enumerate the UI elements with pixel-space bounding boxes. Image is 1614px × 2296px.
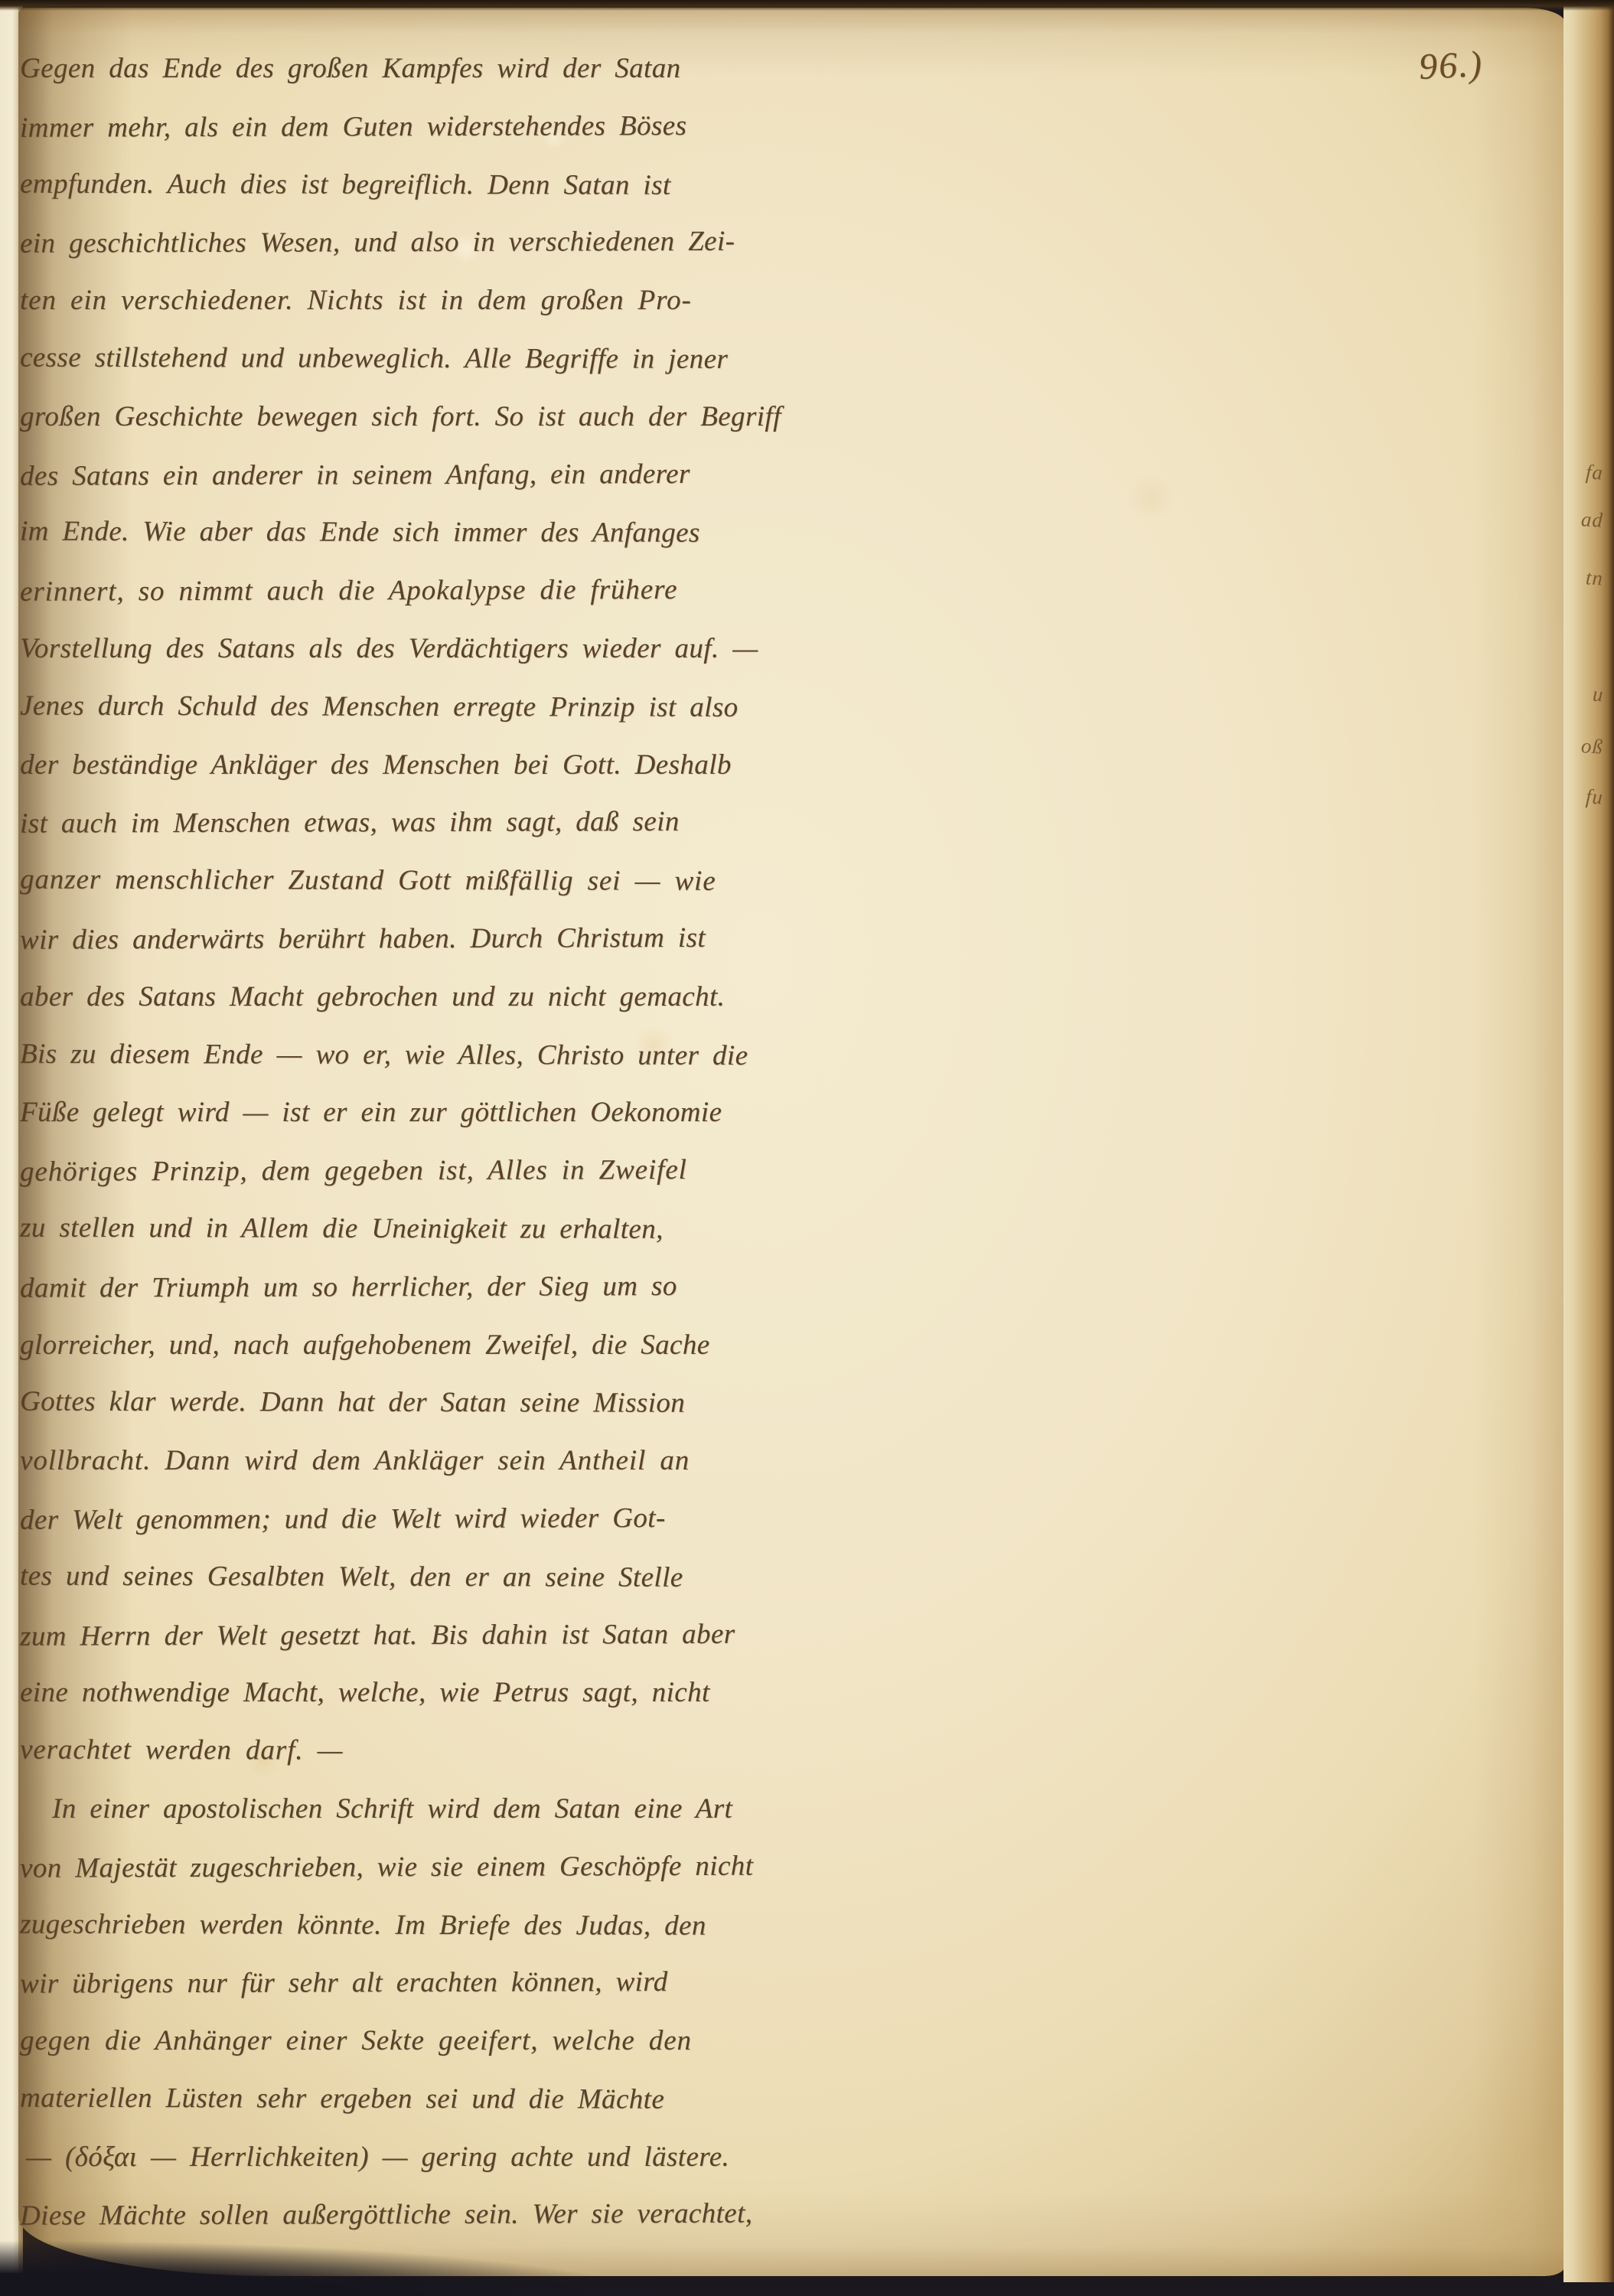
handwritten-line: der beständige Ankläger des Menschen bei… xyxy=(20,736,862,794)
book-bottom-edge-shadow xyxy=(0,2212,673,2296)
handwritten-line: Bis zu diesem Ende — wo er, wie Alles, C… xyxy=(20,1025,862,1084)
handwritten-line: erinnert, so nimmt auch die Apokalypse d… xyxy=(20,560,862,621)
handwritten-line: — (δόξαι — Herrlichkeiten) — gering acht… xyxy=(20,2128,862,2187)
page-stack-edge-right: faadtnuoßfu xyxy=(1563,3,1614,2282)
handwritten-line: zu stellen und in Allem die Uneinigkeit … xyxy=(20,1199,862,1259)
handwritten-line: Vorstellung des Satans als des Verdächti… xyxy=(20,620,862,678)
manuscript-photo: Gegen das Ende des großen Kampfes wird d… xyxy=(0,0,1614,2296)
handwritten-line: ten ein verschiedener. Nichts ist in dem… xyxy=(20,272,862,330)
bleed-through-text-fragment: ad xyxy=(1580,507,1604,532)
handwritten-line: eine nothwendige Macht, welche, wie Petr… xyxy=(20,1664,862,1722)
bleed-through-text-fragment: oß xyxy=(1580,734,1604,758)
handwritten-line: ein geschichtliches Wesen, und also in v… xyxy=(20,213,862,273)
handwritten-line: tes und seines Gesalbten Welt, den er an… xyxy=(20,1547,862,1606)
handwritten-line: Gottes klar werde. Dann hat der Satan se… xyxy=(20,1373,862,1433)
handwritten-line: zum Herrn der Welt gesetzt hat. Bis dahi… xyxy=(20,1605,862,1665)
handwritten-line: damit der Triumph um so herrlicher, der … xyxy=(20,1257,862,1317)
handwritten-line: vollbracht. Dann wird dem Ankläger sein … xyxy=(20,1432,862,1490)
bleed-through-text-fragment: fu xyxy=(1585,784,1604,809)
bleed-through-text-fragment: u xyxy=(1592,683,1604,707)
handwritten-line: zugeschrieben werden könnte. Im Briefe d… xyxy=(20,1895,862,1955)
handwritten-line: Jenes durch Schuld des Menschen erregte … xyxy=(20,677,862,736)
handwritten-line: empfunden. Auch dies ist begreiflich. De… xyxy=(20,155,862,214)
bleed-through-text-fragment: fa xyxy=(1585,460,1604,484)
handwritten-line: großen Geschichte bewegen sich fort. So … xyxy=(20,388,862,446)
page-number: 96.) xyxy=(1418,43,1485,88)
handwritten-line: materiellen Lüsten sehr ergeben sei und … xyxy=(20,2069,862,2129)
handwritten-line: im Ende. Wie aber das Ende sich immer de… xyxy=(20,503,862,563)
handwritten-line: von Majestät zugeschrieben, wie sie eine… xyxy=(20,1837,862,1897)
handwritten-line: ist auch im Menschen etwas, was ihm sagt… xyxy=(20,793,862,853)
handwritten-line: aber des Satans Macht gebrochen und zu n… xyxy=(20,968,862,1026)
handwritten-line: cesse stillstehend und unbeweglich. Alle… xyxy=(20,329,862,389)
bleed-through-fragments: faadtnuoßfu xyxy=(1563,3,1614,2282)
handwritten-line: In einer apostolischen Schrift wird dem … xyxy=(20,1780,862,1838)
handwritten-line: gegen die Anhänger einer Sekte geeifert,… xyxy=(20,2012,862,2070)
handwritten-line: glorreicher, und, nach aufgehobenem Zwei… xyxy=(20,1316,862,1375)
handwritten-line: der Welt genommen; und die Welt wird wie… xyxy=(20,1489,862,1549)
book-top-edge xyxy=(0,0,1614,11)
handwritten-line: wir dies anderwärts berührt haben. Durch… xyxy=(20,908,862,969)
handwritten-line: gehöriges Prinzip, dem gegeben ist, Alle… xyxy=(20,1140,862,1201)
handwritten-line: ganzer menschlicher Zustand Gott mißfäll… xyxy=(20,851,862,911)
handwritten-line: wir übrigens nur für sehr alt erachten k… xyxy=(20,1953,862,2014)
bleed-through-text-fragment: tn xyxy=(1585,566,1604,590)
handwritten-line: des Satans ein anderer in seinem Anfang,… xyxy=(20,445,862,505)
handwritten-line: verachtet werden darf. — xyxy=(20,1721,862,1781)
handwritten-text: Gegen das Ende des großen Kampfes wird d… xyxy=(20,40,862,2244)
handwritten-line: Gegen das Ende des großen Kampfes wird d… xyxy=(20,40,862,98)
handwritten-line: immer mehr, als ein dem Guten widerstehe… xyxy=(20,96,862,157)
handwritten-line: Füße gelegt wird — ist er ein zur göttli… xyxy=(20,1084,862,1142)
